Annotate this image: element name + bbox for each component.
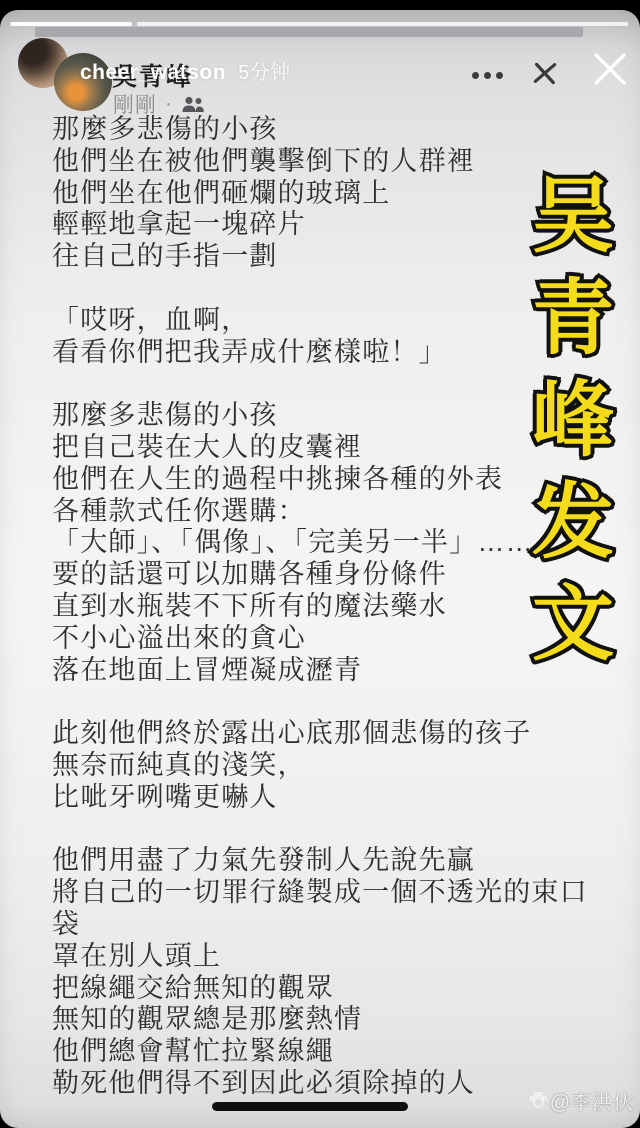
- home-indicator-bar: [212, 1102, 408, 1111]
- watermark-text: @李洪伙: [550, 1086, 634, 1115]
- poem-line: 無知的觀眾總是那麼熱情: [52, 1004, 617, 1036]
- overlay-headline-char: 发: [510, 464, 636, 566]
- post-close-icon: [528, 56, 562, 90]
- poem-line: 罩在別人頭上: [52, 941, 617, 973]
- story-progress-segment: [137, 22, 628, 26]
- poem-line: 比呲牙咧嘴更嚇人: [52, 782, 617, 814]
- poem-line: 那麼多悲傷的小孩: [52, 114, 617, 146]
- poem-line: 無奈而純真的淺笑，: [52, 750, 617, 782]
- more-options-icon: [472, 72, 503, 79]
- poem-line: 把線繩交給無知的觀眾: [52, 973, 617, 1005]
- overlay-headline-char: 青: [510, 260, 636, 362]
- story-close-button[interactable]: [588, 47, 632, 91]
- story-progress-segment: [10, 22, 132, 26]
- friends-icon: [181, 96, 205, 113]
- meta-separator: ·: [165, 92, 173, 116]
- poem-line: [52, 686, 617, 718]
- story-timestamp: 5分钟: [238, 62, 291, 84]
- overlay-headline-char: 吴: [510, 158, 636, 260]
- poem-line: 將自己的一切罪行縫製成一個不透光的束口: [52, 877, 617, 909]
- story-username[interactable]: cheer_watson5分钟: [80, 56, 291, 85]
- poem-line: 他們用盡了力氣先發制人先說先贏: [52, 845, 617, 877]
- poem-line: 袋: [52, 909, 617, 941]
- poem-line: [52, 814, 617, 846]
- watermark: @李洪伙: [529, 1086, 634, 1115]
- story-progress-bar: [10, 22, 628, 26]
- poem-line: 他們總會幫忙拉緊線繩: [52, 1036, 617, 1068]
- overlay-headline-char: 文: [510, 566, 636, 668]
- poem-line: 此刻他們終於露出心底那個悲傷的孩子: [52, 718, 617, 750]
- overlay-headline-char: 峰: [510, 362, 636, 464]
- story-card: 吳青峰 cheer_watson5分钟 剛剛 · 那麼多悲傷的小孩他們坐在被他們…: [0, 10, 640, 1128]
- screenshot-progress-bar: [35, 27, 583, 37]
- paw-icon: [529, 1091, 548, 1110]
- overlay-headline: 吴青峰发文: [510, 158, 636, 668]
- story-username-label: cheer_watson: [80, 61, 226, 84]
